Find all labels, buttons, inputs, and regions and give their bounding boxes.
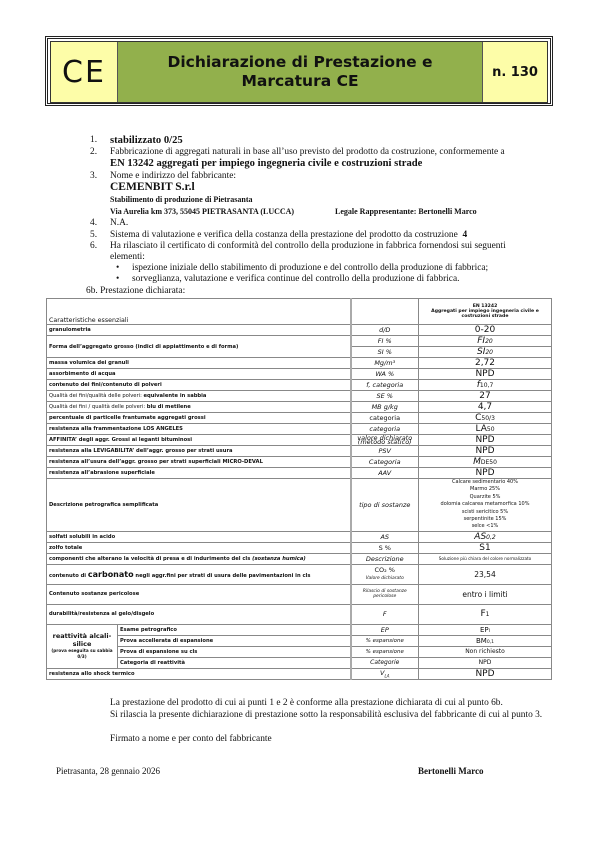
label-bold: blu di metilene xyxy=(147,404,191,410)
item-4: 4.N.A. xyxy=(90,218,540,229)
row-unit: S % xyxy=(351,542,419,553)
row-unit: PSV xyxy=(351,446,419,457)
item-number: 5. xyxy=(90,230,97,241)
table-row: Contenuto sostanze pericoloseRilascio di… xyxy=(47,584,552,604)
row-value: SI20 xyxy=(419,347,552,358)
row-unit: Categorie xyxy=(351,657,419,668)
table-row: resistenza alla LEVIGABILITA’ dell’aggr.… xyxy=(47,446,552,457)
col-header-standard: EN 13242Aggregati per impiego ingegneria… xyxy=(419,299,552,325)
bullet-icon: • xyxy=(116,274,119,285)
signatory-name: Bertonelli Marco xyxy=(418,766,484,776)
col-header-characteristics: Caratteristiche essenziali xyxy=(47,299,351,325)
row-label: assorbimento di acqua xyxy=(47,369,351,380)
unit-line: Valore dichiarato xyxy=(366,576,404,581)
value-sub: 20 xyxy=(485,338,493,345)
company-address: Via Aurelia km 373, 55045 PIETRASANTA (L… xyxy=(110,206,335,217)
row-unit: d/D xyxy=(351,325,419,336)
table-row: contenuto di carbonato negli aggr.fini p… xyxy=(47,564,552,584)
system-value: 4 xyxy=(462,230,467,240)
title-line-2: Marcatura CE xyxy=(241,72,358,90)
legal-representative: Legale Rappresentante: Bertonelli Marco xyxy=(335,207,477,216)
row-label: Prova di espansione su cls xyxy=(118,646,351,657)
section-6b-label: 6b. Prestazione dichiarata: xyxy=(86,286,540,297)
table-row: reattività alcali-silice(prova eseguita … xyxy=(47,624,552,635)
row-value: 27 xyxy=(419,391,552,402)
row-label: Descrizione petrografica semplificata xyxy=(47,479,351,532)
label-prefix: Qualità dei fini / qualità delle polveri… xyxy=(49,404,147,410)
table-row: durabilità/resistenza al gelo/disgeloFF1 xyxy=(47,604,552,624)
value-main: AS xyxy=(474,532,486,542)
row-value: AS0,2 xyxy=(419,531,552,542)
item-text: Nome e indirizzo del fabbricante: xyxy=(110,171,236,181)
bullet-icon: • xyxy=(116,263,119,274)
item-number: 6. xyxy=(90,241,97,252)
table-row: Qualità dei fini / qualità delle polveri… xyxy=(47,402,552,413)
alkali-group-label: reattività alcali-silice(prova eseguita … xyxy=(47,624,118,668)
row-value: NPD xyxy=(419,468,552,479)
item-3: 3.Nome e indirizzo del fabbricante:CEMEN… xyxy=(90,171,540,219)
conformity-statement: La prestazione del prodotto di cui ai pu… xyxy=(110,697,550,709)
row-label: Esame petrografico xyxy=(118,624,351,635)
item-number: 1. xyxy=(90,135,97,146)
item-5: 5.Sistema di valutazione e verifica dell… xyxy=(90,230,540,241)
row-value: EPI xyxy=(419,624,552,635)
responsibility-statement: Si rilascia la presente dichiarazione di… xyxy=(110,709,550,721)
standard-name: EN 13242 aggregati per impiego ingegneri… xyxy=(110,158,422,169)
row-label: zolfo totale xyxy=(47,542,351,553)
row-label: resistenza all’abrasione superficiale xyxy=(47,468,351,479)
table-row: resistenza all’usura dell’aggr. grosso p… xyxy=(47,457,552,468)
unit-line: CO₂ % xyxy=(374,566,395,574)
row-unit: FI % xyxy=(351,336,419,347)
row-value: Soluzione più chiara del colore normaliz… xyxy=(419,553,552,564)
row-unit: Categoria xyxy=(351,457,419,468)
row-value: BM0,1 xyxy=(419,635,552,646)
petrographic-component: dolomia calcarea metamorfica 10% xyxy=(421,501,549,508)
unit-line: (metodo statico) xyxy=(358,438,412,446)
row-value: F1 xyxy=(419,604,552,624)
item-2: 2.Fabbricazione di aggregati naturali in… xyxy=(90,147,540,170)
row-label: resistenza all’usura dell’aggr. grosso p… xyxy=(47,457,351,468)
row-unit: % espansione xyxy=(351,635,419,646)
row-label: componenti che alterano la velocità di p… xyxy=(47,553,351,564)
table-row: solfati solubili in acidoASAS0,2 xyxy=(47,531,552,542)
item-number: 2. xyxy=(90,147,97,158)
label-suffix: negli aggr.fini per strati di usura dell… xyxy=(134,573,311,579)
table-row: assorbimento di acquaWA %NPD xyxy=(47,369,552,380)
value-sub: DE50 xyxy=(481,459,497,466)
row-value: MDE50 xyxy=(419,457,552,468)
value-sub: 1 xyxy=(486,611,490,618)
table-header-row: Caratteristiche essenziali EN 13242Aggre… xyxy=(47,299,552,325)
row-value: FI20 xyxy=(419,336,552,347)
item-number: 4. xyxy=(90,218,97,229)
standard-description: Aggregati per impiego ingegneria civile … xyxy=(431,309,539,319)
table-row: percentuale di particelle frantumate agg… xyxy=(47,413,552,424)
closing-section: La prestazione del prodotto di cui ai pu… xyxy=(110,697,550,745)
row-value-list: Calcare sedimentario 40%Marmo 25%Quarzit… xyxy=(419,479,552,532)
item-text: Sistema di valutazione e verifica della … xyxy=(110,230,458,240)
table-row: Prova di espansione su cls% espansioneNo… xyxy=(47,646,552,657)
row-unit: VLA xyxy=(351,668,419,679)
value-sub: 0,1 xyxy=(487,640,494,645)
product-name: stabilizzato 0/25 xyxy=(110,135,183,146)
bullet-item: •sorveglianza, valutazione e verifica co… xyxy=(90,274,540,285)
document-title: Dichiarazione di Prestazione eMarcatura … xyxy=(118,42,482,102)
row-value: f10,7 xyxy=(419,380,552,391)
row-label: Prova accellerata di espansione xyxy=(118,635,351,646)
row-label: resistenza alla frammentazione LOS ANGEL… xyxy=(47,424,351,435)
table-row: Forma dell’aggregato grosso (indici di a… xyxy=(47,336,552,347)
label-bold: equivalente in sabbia xyxy=(143,393,206,399)
petrographic-component: Calcare sedimentario 40% xyxy=(421,479,549,486)
title-line-1: Dichiarazione di Prestazione e xyxy=(167,53,432,71)
row-label: solfati solubili in acido xyxy=(47,531,351,542)
row-label: Qualità dei fini/qualità delle polveri: … xyxy=(47,391,351,402)
petrographic-component: scisti sericitico 5% xyxy=(421,509,549,516)
row-unit: Descrizione xyxy=(351,553,419,564)
table-row: granulometriad/D0-20 xyxy=(47,325,552,336)
row-label: resistenza alla LEVIGABILITA’ dell’aggr.… xyxy=(47,446,351,457)
plant-name: Stabilimento di produzione di Pietrasant… xyxy=(110,195,253,204)
bullet-item: •ispezione iniziale dello stabilimento d… xyxy=(90,263,540,274)
col-header-unit xyxy=(351,299,419,325)
petrographic-component: selce <1% xyxy=(421,523,549,530)
row-value: 2,72 xyxy=(419,358,552,369)
bullet-text: ispezione iniziale dello stabilimento di… xyxy=(132,263,488,273)
ce-mark-logo: CE xyxy=(51,42,118,102)
row-unit: WA % xyxy=(351,369,419,380)
row-unit: % espansione xyxy=(351,646,419,657)
document-header: CE Dichiarazione di Prestazione eMarcatu… xyxy=(45,36,553,106)
label-big: carbonato xyxy=(88,570,134,579)
company-name: CEMENBIT S.r.l xyxy=(110,181,195,193)
item-text: Fabbricazione di aggregati naturali in b… xyxy=(110,147,505,157)
row-unit: SE % xyxy=(351,391,419,402)
table-row: Categoria di reattivitàCategorieNPD xyxy=(47,657,552,668)
value-main: FI xyxy=(477,336,485,346)
table-row: zolfo totaleS %S1 xyxy=(47,542,552,553)
value-sub: 50/3 xyxy=(481,415,494,422)
row-label: resistenza allo shock termico xyxy=(47,668,351,679)
item-6: 6.Ha rilasciato il certificato di confor… xyxy=(90,241,540,263)
row-value: 0-20 xyxy=(419,325,552,336)
row-unit: AS xyxy=(351,531,419,542)
row-value: 4,7 xyxy=(419,402,552,413)
row-label: Categoria di reattività xyxy=(118,657,351,668)
row-value: LA50 xyxy=(419,424,552,435)
row-unit: CO₂ %Valore dichiarato xyxy=(351,564,419,584)
table-row: Prova accellerata di espansione% espansi… xyxy=(47,635,552,646)
row-unit: SI % xyxy=(351,347,419,358)
place-date: Pietrasanta, 28 gennaio 2026 xyxy=(56,766,160,776)
value-main: EP xyxy=(480,626,489,634)
table-row: Qualità dei fini/qualità delle polveri: … xyxy=(47,391,552,402)
table-row: resistenza allo shock termicoVLANPD xyxy=(47,668,552,679)
intro-section: 1.stabilizzato 0/25 2.Fabbricazione di a… xyxy=(90,135,540,297)
label-italic: (sostanza humica) xyxy=(252,556,306,562)
item-text: N.A. xyxy=(110,218,128,228)
group-note: (prova eseguita su sabbia 0/3) xyxy=(51,648,112,659)
petrographic-component: Quarzite 5% xyxy=(421,494,549,501)
row-value: 23,54 xyxy=(419,564,552,584)
row-value: NPD xyxy=(419,668,552,679)
row-unit: categoria xyxy=(351,413,419,424)
table-row: AFFINITA’ degli aggr. Grossi ai leganti … xyxy=(47,435,552,446)
row-label: durabilità/resistenza al gelo/disgelo xyxy=(47,604,351,624)
row-value: NPD xyxy=(419,657,552,668)
table-row: Descrizione petrografica semplificatatip… xyxy=(47,479,552,532)
value-sub: 50 xyxy=(487,426,495,433)
row-unit: valore dichiarato(metodo statico) xyxy=(351,435,419,446)
row-unit: Mg/m³ xyxy=(351,358,419,369)
table-row: contenuto dei fini/contenuto di polverif… xyxy=(47,380,552,391)
signed-statement: Firmato a nome e per conto del fabbrican… xyxy=(110,733,550,745)
row-value: S1 xyxy=(419,542,552,553)
row-unit: AAV xyxy=(351,468,419,479)
row-label: Contenuto sostanze pericolose xyxy=(47,584,351,604)
performance-table: Caratteristiche essenziali EN 13242Aggre… xyxy=(46,298,552,680)
row-label: AFFINITA’ degli aggr. Grossi ai leganti … xyxy=(47,435,351,446)
row-unit: MB g/kg xyxy=(351,402,419,413)
group-title: reattività alcali-silice xyxy=(53,632,112,648)
table-row: resistenza alla frammentazione LOS ANGEL… xyxy=(47,424,552,435)
item-number: 3. xyxy=(90,171,97,182)
row-unit: tipo di sostanze xyxy=(351,479,419,532)
row-unit: F xyxy=(351,604,419,624)
label-prefix: contenuto di xyxy=(49,573,88,579)
table-row: resistenza all’abrasione superficialeAAV… xyxy=(47,468,552,479)
value-main: LA xyxy=(475,424,486,434)
row-value: NPD xyxy=(419,435,552,446)
item-text: Ha rilasciato il certificato di conformi… xyxy=(110,241,506,262)
value-sub: I xyxy=(489,629,490,634)
document-number: n. 130 xyxy=(482,42,547,102)
row-label: granulometria xyxy=(47,325,351,336)
row-label: massa volumica dei granuli xyxy=(47,358,351,369)
value-main: BM xyxy=(476,637,487,645)
value-sub: 20 xyxy=(485,349,493,356)
item-1: 1.stabilizzato 0/25 xyxy=(90,135,540,147)
row-label: contenuto di carbonato negli aggr.fini p… xyxy=(47,564,351,584)
row-value: NPD xyxy=(419,446,552,457)
row-unit: Rilascio di sostanze pericolose xyxy=(351,584,419,604)
value-sub: 10,7 xyxy=(480,382,493,389)
value-sub: 0,2 xyxy=(486,534,496,541)
row-value: Non richiesto xyxy=(419,646,552,657)
label-prefix: Qualità dei fini/qualità delle polveri: xyxy=(49,393,143,399)
row-value: NPD xyxy=(419,369,552,380)
row-value: C50/3 xyxy=(419,413,552,424)
row-label: contenuto dei fini/contenuto di polveri xyxy=(47,380,351,391)
unit-sub: LA xyxy=(384,673,389,678)
row-label: Qualità dei fini / qualità delle polveri… xyxy=(47,402,351,413)
table-row: massa volumica dei granuliMg/m³2,72 xyxy=(47,358,552,369)
table-row: componenti che alterano la velocità di p… xyxy=(47,553,552,564)
bullet-text: sorveglianza, valutazione e verifica con… xyxy=(132,274,459,284)
label-text: componenti che alterano la velocità di p… xyxy=(49,556,252,562)
row-unit: f, categoria xyxy=(351,380,419,391)
row-label: percentuale di particelle frantumate agg… xyxy=(47,413,351,424)
row-unit: EP xyxy=(351,624,419,635)
row-value: entro i limiti xyxy=(419,584,552,604)
value-main: M xyxy=(473,457,481,467)
row-label: Forma dell’aggregato grosso (indici di a… xyxy=(47,336,351,358)
petrographic-component: serpentinite 15% xyxy=(421,516,549,523)
petrographic-component: Marmo 25% xyxy=(421,486,549,493)
